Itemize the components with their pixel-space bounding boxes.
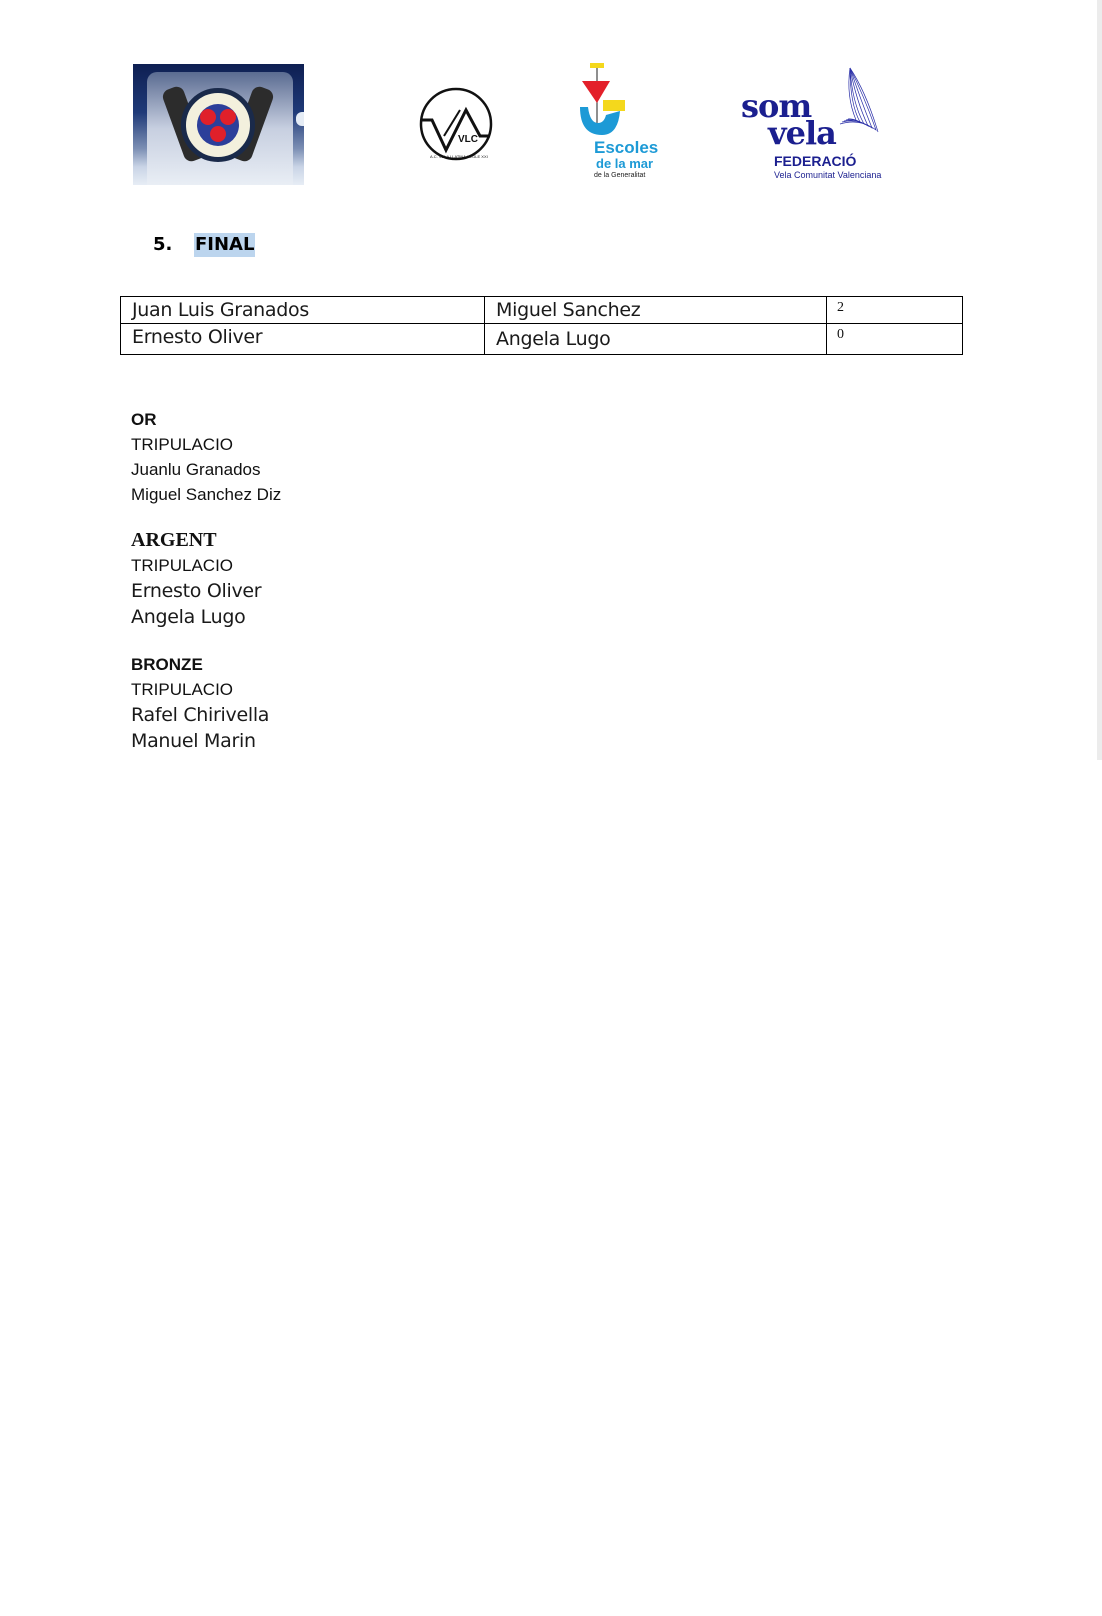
escoles-line2: de la mar xyxy=(596,157,653,171)
score-cell: 2 xyxy=(827,297,963,324)
table-row: Ernesto Oliver Angela Lugo 0 xyxy=(121,324,963,355)
logo-edge-detail xyxy=(296,112,304,126)
section-number: 5. xyxy=(153,233,172,257)
somvela-federacio-logo: som vela FEDERACIÓ Vela Comunitat Valenc… xyxy=(738,66,898,184)
club-nautic-burriana-logo xyxy=(133,64,304,185)
vlc-ring-text: A.C. VELA LLATINA SEGLE XXI xyxy=(430,154,488,159)
svg-text:VLC: VLC xyxy=(458,134,478,145)
silver-member: Angela Lugo xyxy=(131,604,261,630)
somvela-federacio: FEDERACIÓ xyxy=(774,154,856,169)
skipper-cell: Juan Luis Granados xyxy=(121,297,485,324)
section-title: FINAL xyxy=(194,233,255,257)
escoles-de-la-mar-logo: Escoles de la mar de la Generalitat xyxy=(576,63,656,183)
bronze-label: BRONZE xyxy=(131,652,269,677)
somvela-subtitle: Vela Comunitat Valenciana xyxy=(774,170,881,180)
gold-member: Juanlu Granados xyxy=(131,457,281,482)
skipper-cell: Ernesto Oliver xyxy=(121,324,485,355)
silver-label: ARGENT xyxy=(131,528,261,553)
silver-member: Ernesto Oliver xyxy=(131,578,261,604)
propeller-emblem-icon xyxy=(181,88,255,162)
escoles-line3: de la Generalitat xyxy=(594,172,645,180)
scrollbar-track[interactable] xyxy=(1097,0,1102,760)
bronze-crew-label: TRIPULACIO xyxy=(131,677,269,702)
crew-cell: Miguel Sanchez xyxy=(485,297,827,324)
table-row: Juan Luis Granados Miguel Sanchez 2 xyxy=(121,297,963,324)
bronze-member: Manuel Marin xyxy=(131,728,269,754)
podium-gold: OR TRIPULACIO Juanlu Granados Miguel San… xyxy=(131,407,281,507)
podium-silver: ARGENT TRIPULACIO Ernesto Oliver Angela … xyxy=(131,528,261,630)
somvela-word2: vela xyxy=(768,118,836,148)
final-results-table: Juan Luis Granados Miguel Sanchez 2 Erne… xyxy=(120,296,963,355)
silver-crew-label: TRIPULACIO xyxy=(131,553,261,578)
escoles-line1: Escoles xyxy=(594,139,658,157)
podium-bronze: BRONZE TRIPULACIO Rafel Chirivella Manue… xyxy=(131,652,269,754)
gold-crew-label: TRIPULACIO xyxy=(131,432,281,457)
score-cell: 0 xyxy=(827,324,963,355)
bronze-member: Rafel Chirivella xyxy=(131,702,269,728)
gold-label: OR xyxy=(131,407,281,432)
vlc-vela-llatina-logo: VLC A.C. VELA LLATINA SEGLE XXI xyxy=(418,84,494,164)
gold-member: Miguel Sanchez Diz xyxy=(131,482,281,507)
crew-cell: Angela Lugo xyxy=(485,324,827,355)
